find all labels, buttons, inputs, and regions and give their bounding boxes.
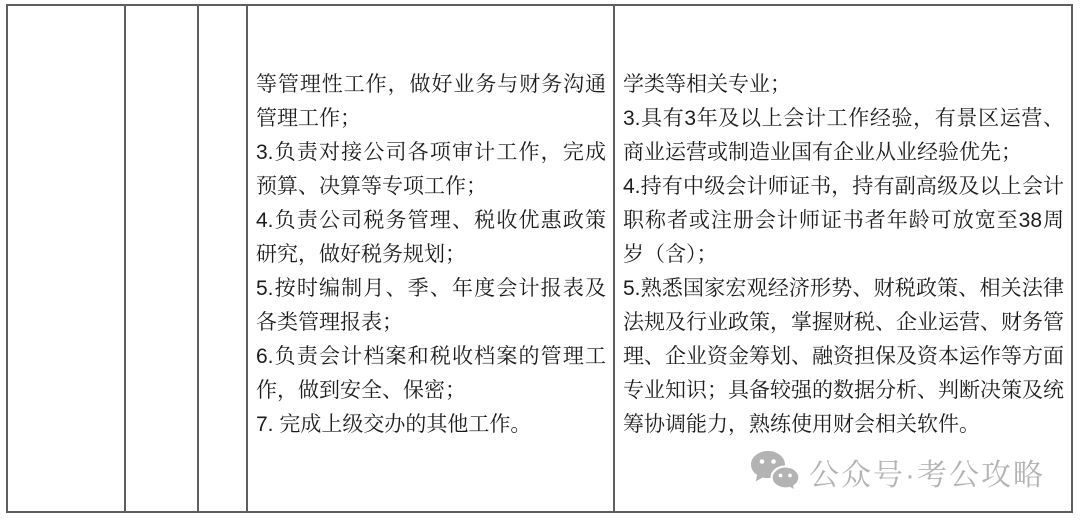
text-line: 3.具有3年及以上会计工作经验，有景区运营、商业运营或制造业国有企业从业经验优先… xyxy=(623,102,1064,170)
job-table: 等管理性工作，做好业务与财务沟通管理工作；3.负责对接公司各项审计工作，完成预算… xyxy=(6,4,1073,513)
text-line: 等管理性工作，做好业务与财务沟通管理工作； xyxy=(256,68,606,136)
watermark: 公众号·考公攻略 xyxy=(750,450,1045,494)
table-cell-empty-2 xyxy=(126,6,199,511)
text-line: 学类等相关专业； xyxy=(623,68,1064,102)
text-line: 4.持有中级会计师证书，持有副高级及以上会计职称者或注册会计师证书者年龄可放宽至… xyxy=(623,170,1064,272)
text-line: 6.负责会计档案和税收档案的管理工作，做到安全、保密； xyxy=(256,340,606,408)
text-line: 5.熟悉国家宏观经济形势、财税政策、相关法律法规及行业政策，掌握财税、企业运营、… xyxy=(623,272,1064,442)
document-page: 等管理性工作，做好业务与财务沟通管理工作；3.负责对接公司各项审计工作，完成预算… xyxy=(0,0,1080,520)
table-cell-empty-3 xyxy=(199,6,248,511)
wechat-icon xyxy=(750,450,800,494)
watermark-label: 公众号·考公攻略 xyxy=(809,450,1045,494)
table-cell-job-requirements: 学类等相关专业；3.具有3年及以上会计工作经验，有景区运营、商业运营或制造业国有… xyxy=(615,6,1071,511)
text-line: 4.负责公司税务管理、税收优惠政策研究，做好税务规划； xyxy=(256,204,606,272)
text-line: 3.负责对接公司各项审计工作，完成预算、决算等专项工作； xyxy=(256,136,606,204)
table-cell-empty-1 xyxy=(8,6,126,511)
text-line: 5.按时编制月、季、年度会计报表及各类管理报表； xyxy=(256,272,606,340)
table-cell-job-duties: 等管理性工作，做好业务与财务沟通管理工作；3.负责对接公司各项审计工作，完成预算… xyxy=(248,6,615,511)
text-line: 7. 完成上级交办的其他工作。 xyxy=(256,408,606,442)
